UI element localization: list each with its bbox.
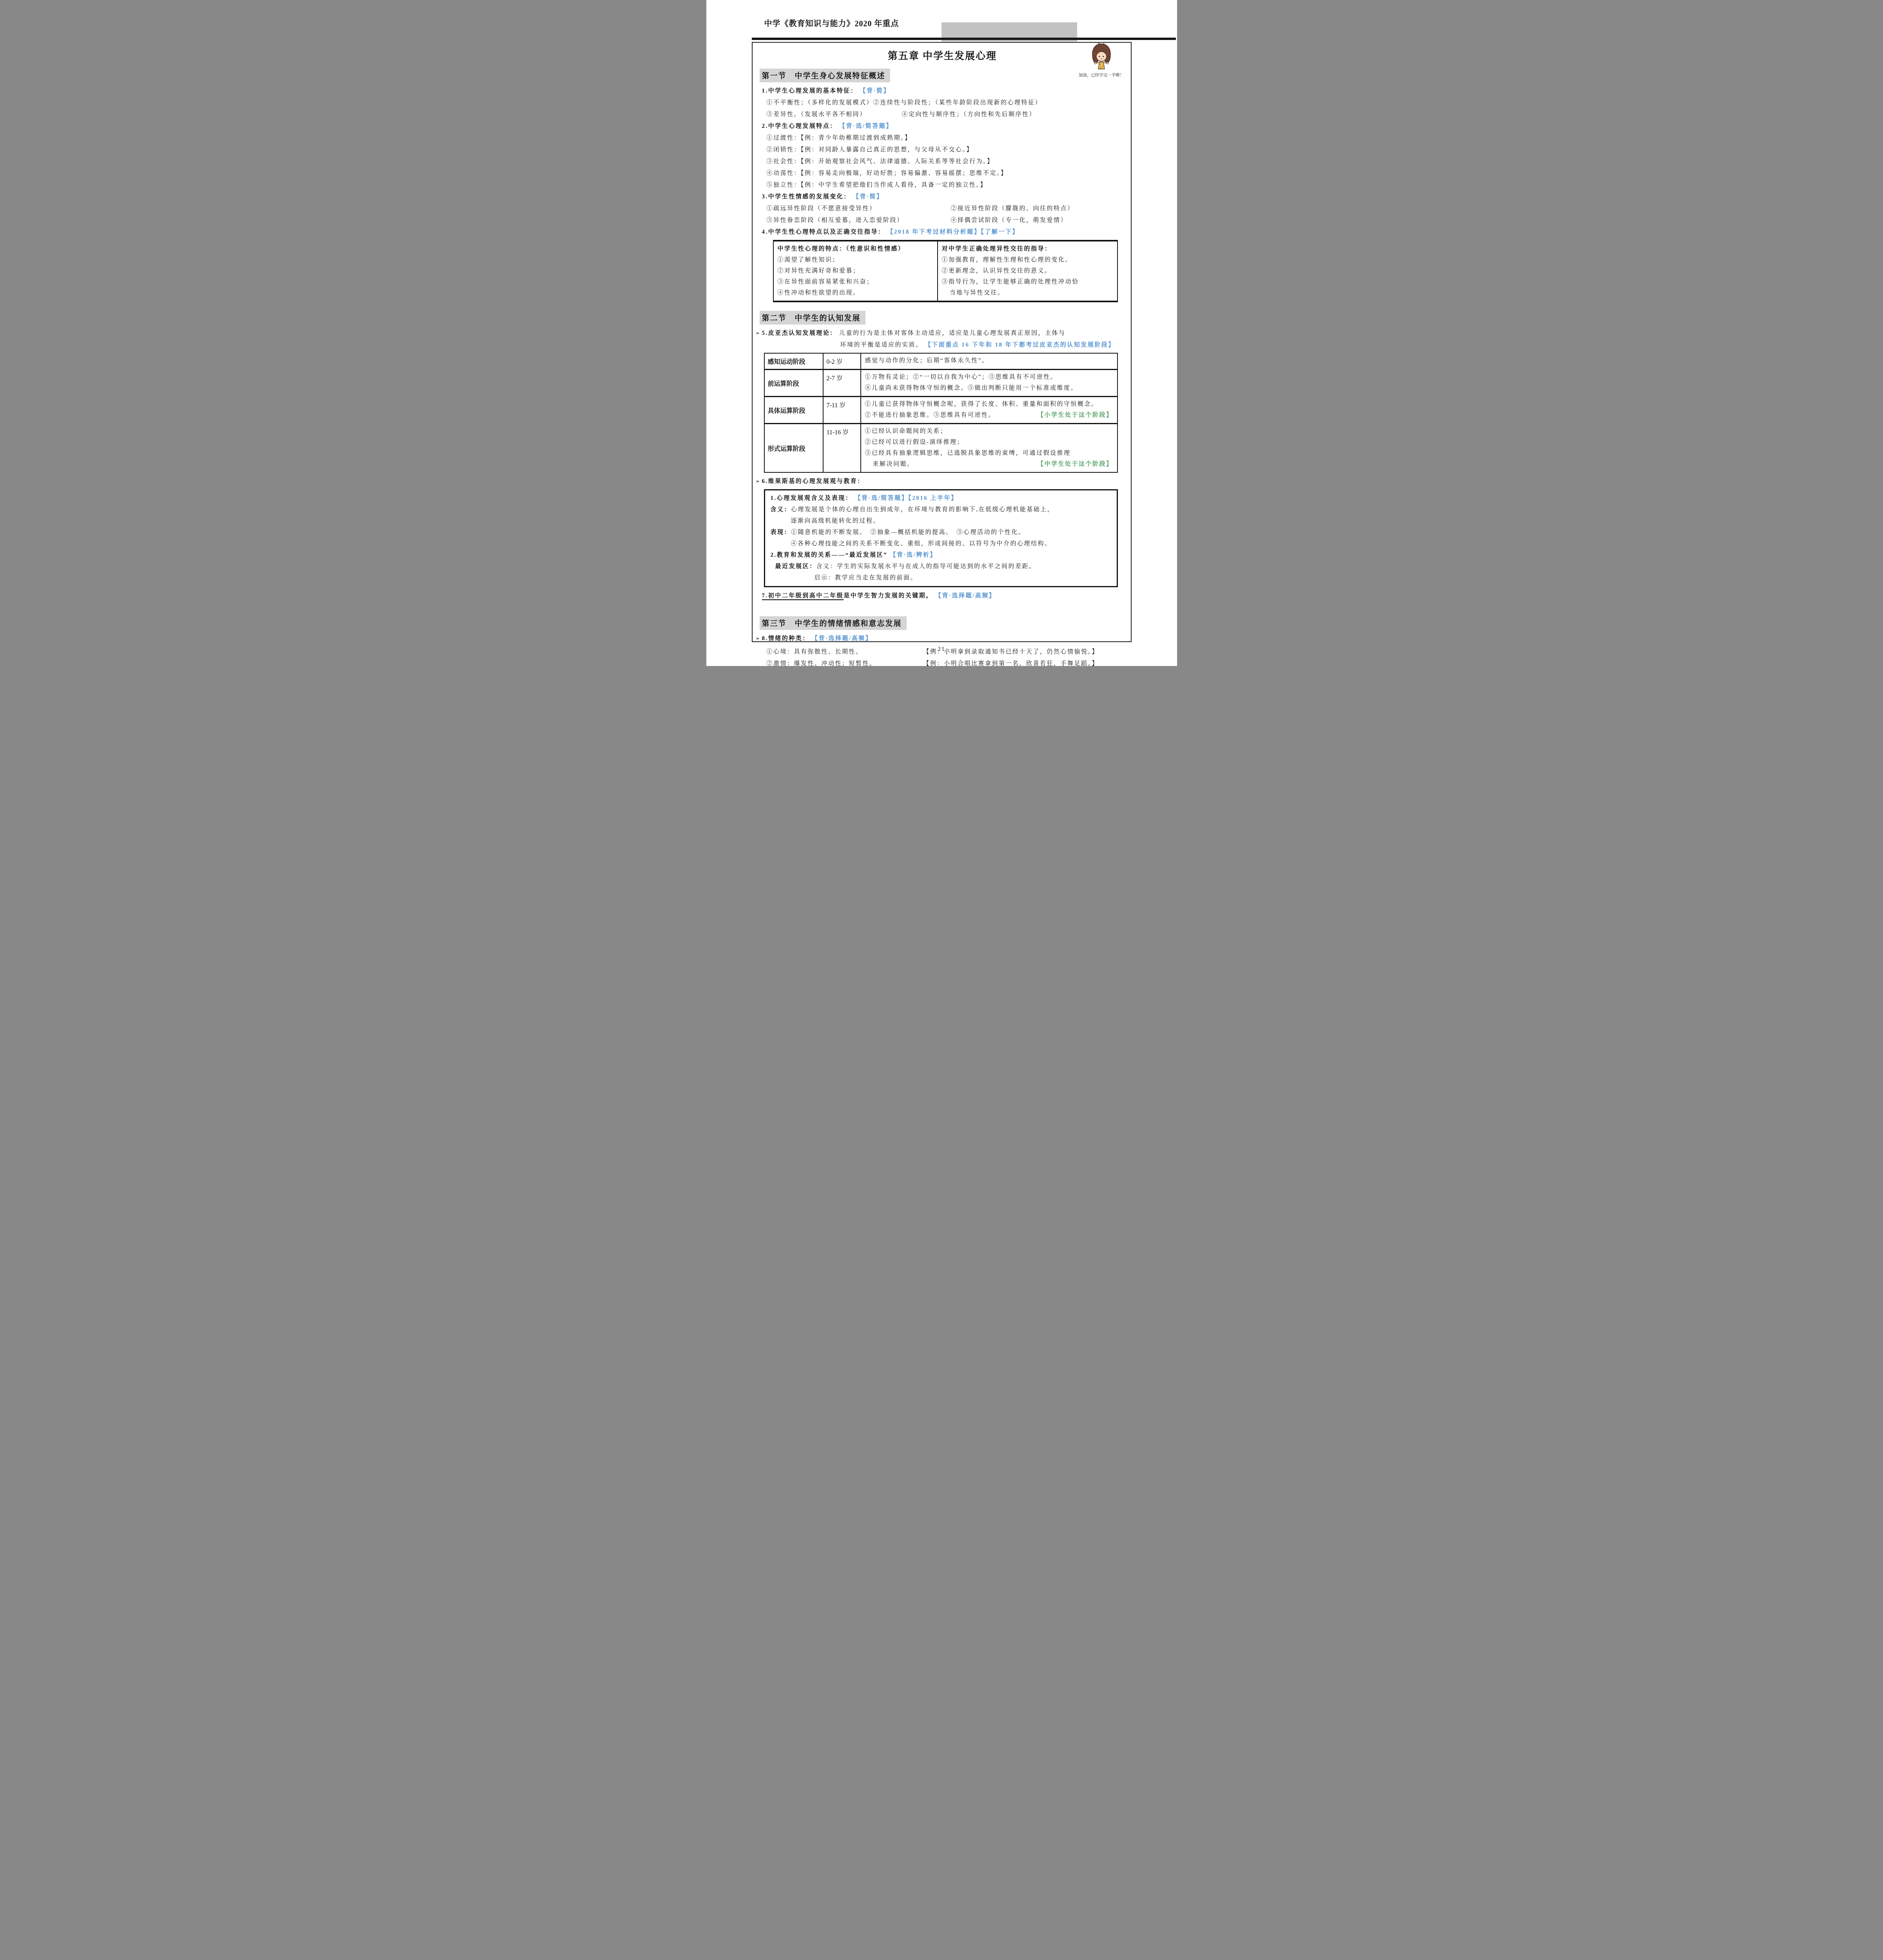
stage-description: ①已经认识命题间的关系； ②已经可以进行假设-演绎推理； ③已经具有抽象逻辑思维…	[861, 424, 1117, 472]
vbox-line1: 1.心理发展观含义及表现： 【背·选/简答题】【2016 上半年】	[771, 494, 1111, 502]
table-row: 感知运动阶段 0-2 岁 感觉与动作的分化；后期“客体永久性”。	[765, 354, 1117, 369]
item5-line2: 环境的平衡是适应的实质。 【下面重点 16 下年和 18 年下都考过皮亚杰的认知…	[762, 341, 1123, 349]
vbox-meaning-cont: 逐渐向高级机能转化的过程。	[771, 517, 1111, 525]
item1-line1: ①不平衡性；（多样化的发展模式）②连续性与阶段性；（某些年龄阶段出现新的心理特征…	[762, 99, 1123, 107]
table-cell: ①加强教育，理解性生理和性心理的变化。	[942, 256, 1113, 264]
chapter-title: 第五章 中学生发展心理	[762, 48, 1123, 62]
item2-point: ②闭锁性：【例：对同龄人暴露自己真正的思想，与父母从不交心。】	[762, 146, 1123, 154]
content-frame: 第五章 中学生发展心理 第一节 中学生身心发展特征概述 1.中学生心理发展的基本…	[752, 42, 1132, 642]
table-row: 形式运算阶段 11-16 岁 ①已经认识命题间的关系； ②已经可以进行假设-演绎…	[765, 423, 1117, 472]
item6-heading: ➢6.维果斯基的心理发展观与教育：	[762, 477, 1123, 485]
arrow-bullet-icon: ➢	[756, 477, 762, 485]
stage-cell: 形式运算阶段	[765, 424, 824, 472]
section3-heading: 第三节 中学生的情绪情感和意志发展	[760, 616, 907, 630]
vbox-meaning: 含义：心理发展是个体的心理自出生到成年，在环境与教育的影响下,在低级心理机能基础…	[771, 506, 1111, 514]
vbox-zpd-tip: 启示：教学应当走在发展的前面。	[771, 574, 1111, 582]
item2-point: ④动荡性：【例：容易走向极端，好动好胜；容易偏激、容易摇摆；思维不定。】	[762, 169, 1123, 177]
item8-heading: ➢8.情绪的种类： 【背·选择题/高频】	[762, 635, 1123, 642]
table-col-guidance: 对中学生正确处理异性交往的指导： ①加强教育，理解性生理和性心理的变化。 ②更新…	[938, 241, 1117, 301]
table-col-traits: 中学生性心理的特点：（性意识和性情感） ①渴望了解性知识； ②对异性充满好奇和爱…	[774, 241, 938, 301]
item1-line2: ③差异性。（发展水平各不相同） ④定向性与顺序性；（方向性和先后顺序性）	[762, 111, 1123, 118]
table-row: 具体运算阶段 7-11 岁 ①儿童已获得物体守恒概念呢，获得了长度、体积、重量和…	[765, 396, 1117, 423]
vygotsky-box: 1.心理发展观含义及表现： 【背·选/简答题】【2016 上半年】 含义：心理发…	[764, 489, 1118, 587]
item4-tag-note: 【了解一下】	[981, 229, 1019, 235]
item7-tag: 【背·选择题/高频】	[935, 593, 996, 599]
item5-tag: 【下面重点 16 下年和 18 年下都考过皮亚杰的认知发展阶段】	[925, 342, 1115, 348]
item3-line1: ①疏远异性阶段（不愿意接受异性） ②接近异性阶段（朦胧的、向往的特点）	[762, 205, 1123, 212]
table-cell: 当地与异性交往。	[942, 289, 1113, 297]
vbox-tag2: 【2016 上半年】	[908, 495, 958, 501]
middle-school-note: 【中学生处于这个阶段】	[1038, 460, 1113, 468]
item2-point: ③社会性：【例：开始观察社会风气、法律道德、人际关系等等社会行为。】	[762, 158, 1123, 165]
vbox-tag1: 【背·选/简答题】	[855, 495, 909, 501]
item8-tag: 【背·选择题/高频】	[812, 635, 872, 642]
age-cell: 2-7 岁	[824, 370, 861, 396]
section2-heading: 第二节 中学生的认知发展	[760, 311, 865, 325]
table-row: 前运算阶段 2-7 岁 ①万物有灵论；②“一切以自我为中心”；③思维具有不可逆性…	[765, 369, 1117, 396]
piaget-stages-table: 感知运动阶段 0-2 岁 感觉与动作的分化；后期“客体永久性”。 前运算阶段 2…	[764, 353, 1118, 473]
item1-tag: 【背·简】	[860, 88, 891, 94]
table-cell: ③指导行为，让学生能够正确的处理性冲动恰	[942, 278, 1113, 286]
primary-school-note: 【小学生处于这个阶段】	[1038, 411, 1113, 419]
table-cell: ②更新理念，认识异性交往的意义。	[942, 267, 1113, 275]
vbox-zpd-tag: 【背·选/辨析】	[890, 552, 937, 558]
stage-cell: 感知运动阶段	[765, 354, 824, 369]
stage-cell: 具体运算阶段	[765, 397, 824, 423]
table-cell: ③在异性面前容易紧张和兴奋；	[778, 278, 933, 286]
arrow-bullet-icon: ➢	[756, 329, 762, 337]
item3-tag: 【背·简】	[853, 194, 883, 200]
item1-heading: 1.中学生心理发展的基本特征： 【背·简】	[762, 87, 1123, 95]
item3-heading: 3.中学生性情感的发展变化： 【背·简】	[762, 193, 1123, 201]
sex-psychology-table: 中学生性心理的特点：（性意识和性情感） ①渴望了解性知识； ②对异性充满好奇和爱…	[773, 240, 1118, 302]
emotion-row: ②激情：爆发性、冲动性；短暂性。 【例：小明合唱比赛拿到第一名，欣喜若狂，手舞足…	[762, 660, 1123, 666]
vbox-line2: 2.教育和发展的关系——“最近发展区” 【背·选/辨析】	[771, 551, 1111, 559]
item2-tag: 【背·选/简答题】	[839, 123, 893, 129]
stage-description: ①万物有灵论；②“一切以自我为中心”；③思维具有不可逆性。 ④儿童尚未获得物体守…	[861, 370, 1117, 396]
vbox-manifestation: 表现：①随意机能的不断发展。 ②抽象—概括机能的提高。 ③心理活动的个性化。	[771, 528, 1111, 536]
stage-description: ①儿童已获得物体守恒概念呢，获得了长度、体积、重量和面积的守恒概念。 ②不能进行…	[861, 397, 1117, 423]
page-number: - 21 -	[706, 646, 1177, 653]
vbox-manifestation-cont: ④各种心理技能之间的关系不断变化、重组，形成间接的、以符号为中介的心理结构。	[771, 540, 1111, 548]
header-rule	[752, 38, 1176, 40]
item7-line: 7.初中二年级到高中二年级是中学生智力发展的关键期。 【背·选择题/高频】	[762, 592, 1123, 600]
document-page: 中学《教育知识与能力》2020 年重点	[706, 0, 1177, 666]
item2-point: ①过渡性：【例：青少年幼稚期过渡到成熟期。】	[762, 134, 1123, 142]
table-header: 中学生性心理的特点：（性意识和性情感）	[778, 245, 933, 253]
section1-heading: 第一节 中学生身心发展特征概述	[760, 69, 890, 82]
item2-point: ⑤独立性：【例：中学生希望把他们当作成人看待，具备一定的独立性。】	[762, 181, 1123, 189]
item4-heading: 4.中学生性心理特点以及正确交往指导： 【2018 年下考过材料分析题】【了解一…	[762, 228, 1123, 236]
vbox-zpd-def: 最近发展区：含义：学生的实际发展水平与在成人的指导可能达到的水平之间的差距。	[771, 563, 1111, 570]
document-header-title: 中学《教育知识与能力》2020 年重点	[764, 17, 899, 29]
item3-line2: ③异性眷恋阶段（相互爱慕，进入恋爱阶段） ④择偶尝试阶段（专一化，萌发爱情）	[762, 216, 1123, 224]
age-cell: 7-11 岁	[824, 397, 861, 423]
age-cell: 0-2 岁	[824, 354, 861, 369]
table-cell: ④性冲动和性欲望的出现。	[778, 289, 933, 297]
item7-underlined-text: 7.初中二年级到高中二年级	[762, 593, 844, 600]
table-header: 对中学生正确处理异性交往的指导：	[942, 245, 1113, 253]
age-cell: 11-16 岁	[824, 424, 861, 472]
stage-cell: 前运算阶段	[765, 370, 824, 396]
item5-heading: ➢5.皮亚杰认知发展理论： 儿童的行为是主体对客体主动适应，适应是儿童心理发展真…	[762, 329, 1123, 337]
item2-heading: 2.中学生心理发展特点： 【背·选/简答题】	[762, 122, 1123, 130]
table-cell: ②对异性充满好奇和爱慕；	[778, 267, 933, 275]
arrow-bullet-icon: ➢	[756, 635, 762, 642]
stage-description: 感觉与动作的分化；后期“客体永久性”。	[861, 354, 1117, 369]
table-cell: ①渴望了解性知识；	[778, 256, 933, 264]
item4-tag-exam: 【2018 年下考过材料分析题】	[887, 229, 981, 235]
